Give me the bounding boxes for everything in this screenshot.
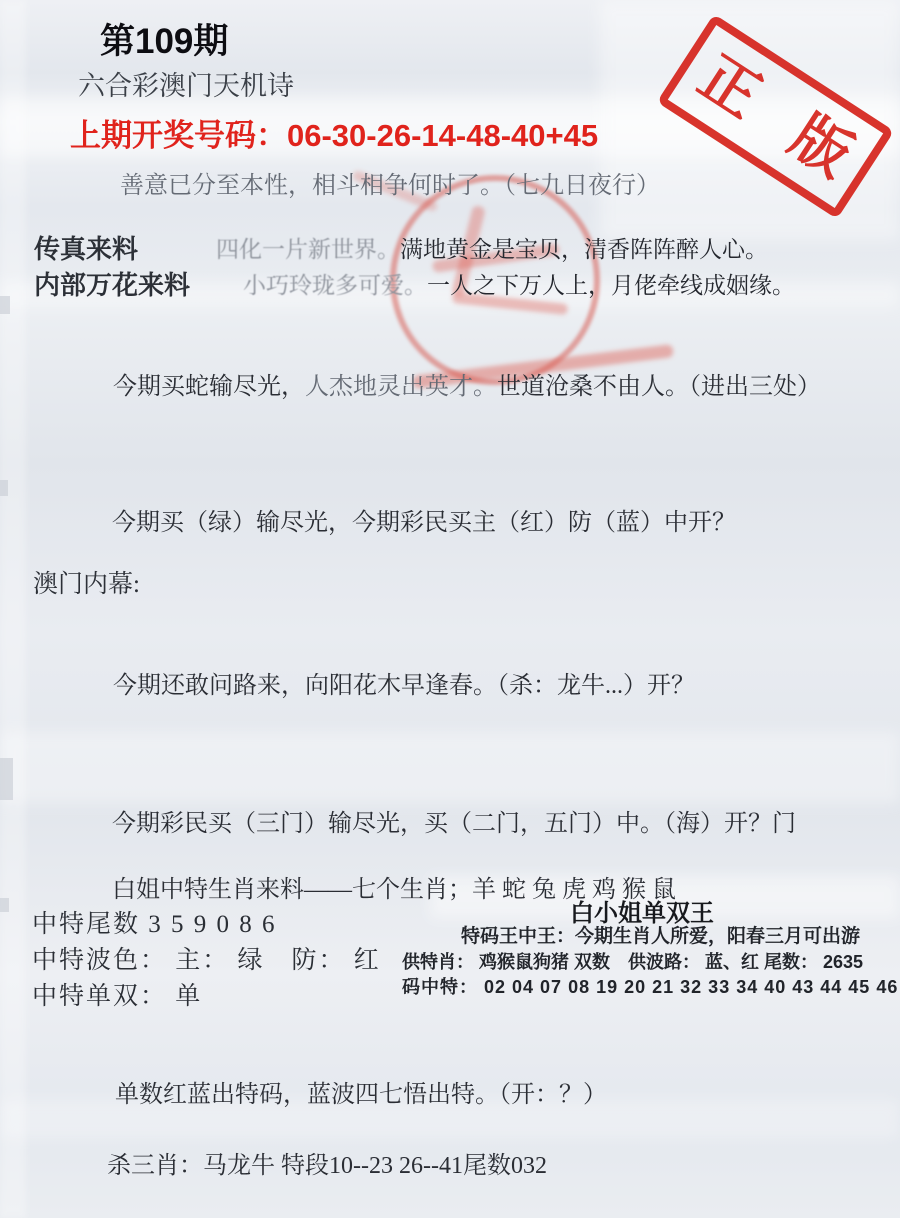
panel-king-line: 特码王中王：今期生肖人所爱，阳春三月可出游 [461, 921, 860, 948]
stat-tail-numbers: 中特尾数 3 5 9 0 8 6 [32, 904, 277, 940]
panel-zodiac-wave-line: 供特肖： 鸡猴鼠狗猪 双数 供波路： 蓝、红 尾数： 2635 [402, 948, 863, 974]
poem-green: 今期买（绿）输尽光，今期彩民买主（红）防（蓝）中开？ [112, 502, 736, 537]
bg-streak [0, 732, 900, 804]
fax-material-label: 传真来料 [34, 229, 138, 266]
poem-snake-b: 人杰地灵出英才。 [305, 374, 497, 400]
page-subtitle: 六合彩澳门天机诗 [78, 64, 294, 103]
internal-main-segment: 一人之下万人上，月佬牵线成姻缘。 [427, 273, 795, 298]
internal-material-label: 内部万花来料 [34, 265, 190, 302]
fax-main-segment: 满地黄金是宝贝，清香阵阵醉人心。 [400, 237, 768, 262]
stat-odd-even: 中特单双： 单 [32, 976, 202, 1012]
macau-insider-label: 澳门内幕: [33, 564, 140, 600]
fax-faded-segment: 四化一片新世界。 [216, 237, 400, 262]
poem-snake-a: 今期买蛇输尽光， [113, 374, 305, 400]
poem-snake: 今期买蛇输尽光，人杰地灵出英才。世道沧桑不由人。（进出三处） [113, 366, 821, 401]
fax-material-line: 四化一片新世界。满地黄金是宝贝，清香阵阵醉人心。 [216, 231, 768, 264]
scan-artifact [0, 480, 8, 496]
poem-opening: 善意已分至本性，相斗相争何时了。（七九日夜行） [120, 165, 660, 200]
internal-material-line: 小巧玲珑多可爱。一人之下万人上，月佬牵线成姻缘。 [243, 267, 795, 300]
scan-artifact [0, 758, 13, 800]
poem-snake-c: 世道沧桑不由人。（进出三处） [497, 374, 821, 400]
bg-streak [0, 0, 26, 1218]
scan-artifact [0, 898, 9, 912]
panel-numbers-line: 码中特： 02 04 07 08 19 20 21 32 33 34 40 43… [402, 973, 898, 999]
prev-draw-numbers: 上期开奖号码：06-30-26-14-48-40+45 [70, 110, 598, 155]
poem-road: 今期还敢问路来，向阳花木早逢春。（杀：龙牛...）开？ [113, 665, 695, 700]
internal-faded-segment: 小巧玲珑多可爱。 [243, 273, 427, 298]
period-title: 第109期 [100, 14, 228, 64]
poem-kill-three: 杀三肖：马龙牛 特段10--23 26--41尾数032 [107, 1145, 547, 1180]
stat-wave-color: 中特波色： 主： 绿 防： 红 [32, 940, 381, 976]
stamp-char-1: 正 [690, 47, 770, 127]
poem-odd-blue: 单数红蓝出特码，蓝波四七悟出特。（开：？） [115, 1074, 607, 1109]
scan-artifact [0, 296, 10, 314]
poem-doors: 今期彩民买（三门）输尽光，买（二门，五门）中。（海）开？门 [112, 803, 796, 838]
stamp-char-2: 版 [781, 106, 861, 186]
tip-sheet-page: 正 版 第109期 六合彩澳门天机诗 上期开奖号码：06-30-26-14-48… [0, 0, 900, 1218]
